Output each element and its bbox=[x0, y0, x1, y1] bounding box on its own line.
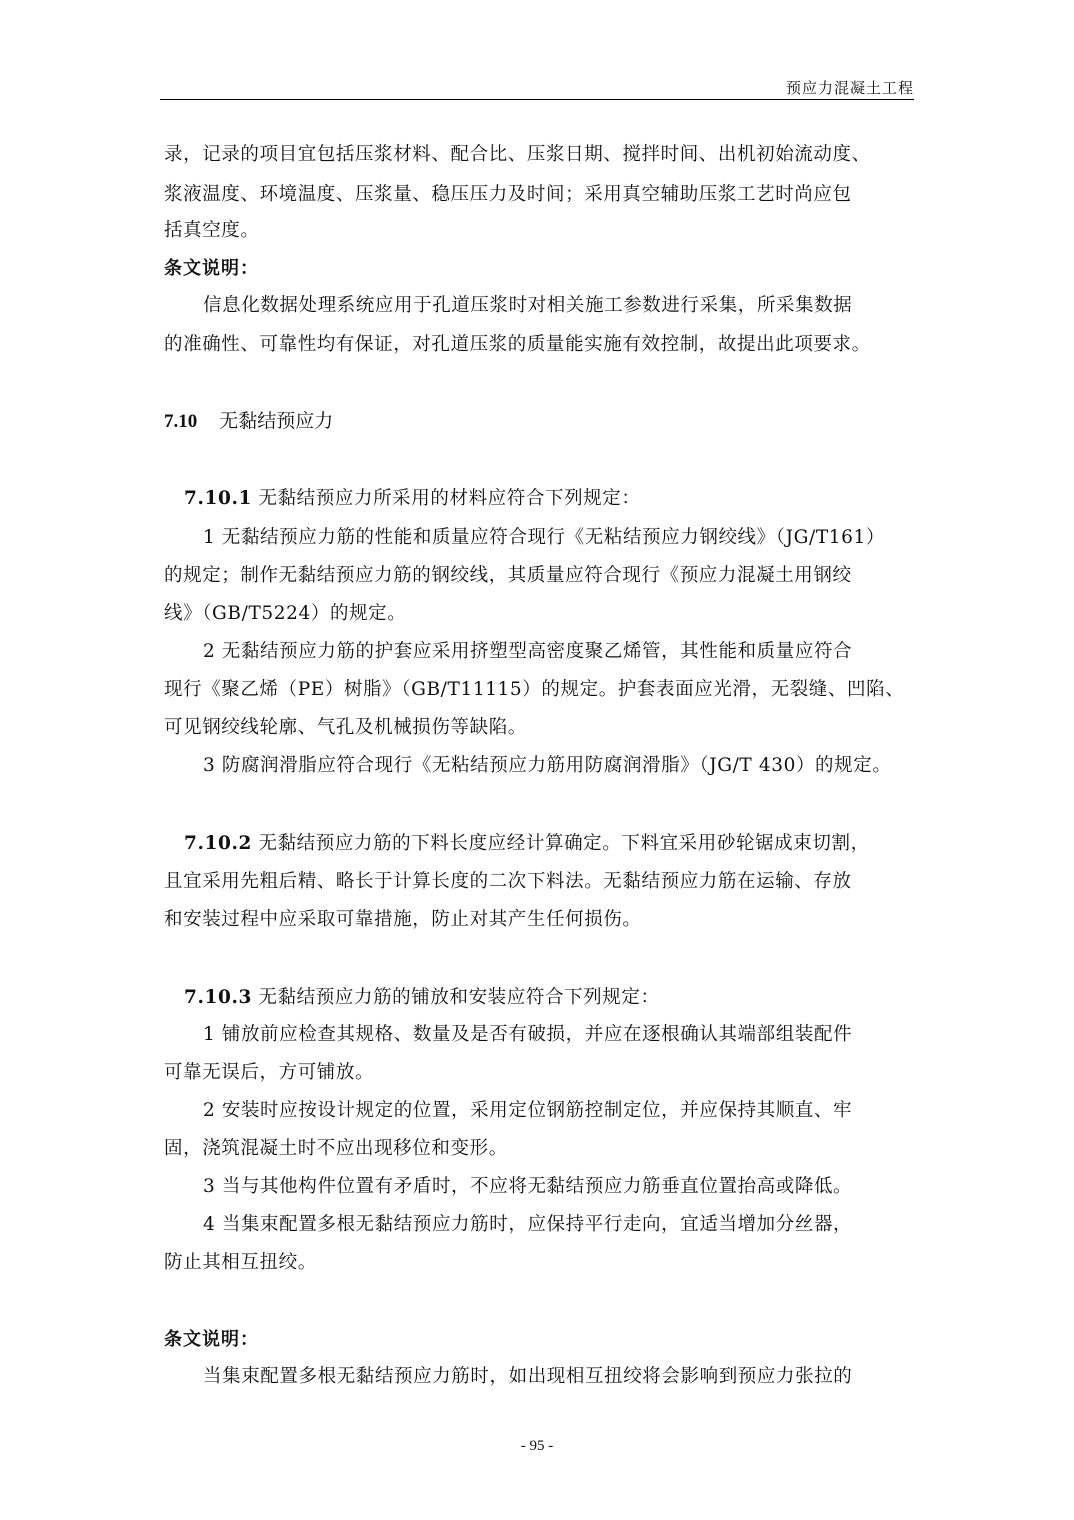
clause-line: 和安装过程中应采取可靠措施，防止对其产生任何损伤。 bbox=[164, 905, 642, 931]
paragraph-line: 录，记录的项目宜包括压浆材料、配合比、压浆日期、搅拌时间、出机初始流动度、 bbox=[164, 140, 871, 166]
clause-text: 无黏结预应力筋的下料长度应经计算确定。下料宜采用砂轮锯成束切割， bbox=[258, 833, 869, 854]
clause-number: 7.10.3 bbox=[184, 987, 252, 1008]
clause-explanation-heading: 条文说明： bbox=[164, 1325, 259, 1351]
clause-text: 无黏结预应力所采用的材料应符合下列规定： bbox=[258, 488, 640, 509]
section-number: 7.10 bbox=[164, 411, 197, 432]
explanation-line: 的准确性、可靠性均有保证，对孔道压浆的质量能实施有效控制，故提出此项要求。 bbox=[164, 330, 871, 356]
section-heading: 7.10无黏结预应力 bbox=[164, 406, 333, 433]
item-line: 固，浇筑混凝土时不应出现移位和变形。 bbox=[164, 1134, 508, 1160]
clause-explanation-heading: 条文说明： bbox=[164, 254, 259, 280]
item-line: 线》（GB/T5224）的规定。 bbox=[164, 599, 406, 625]
header-divider bbox=[160, 99, 914, 100]
explanation-line: 当集束配置多根无黏结预应力筋时，如出现相互扭绞将会影响到预应力张拉的 bbox=[203, 1362, 852, 1388]
item-line: 现行《聚乙烯（PE）树脂》（GB/T11115）的规定。护套表面应光滑，无裂缝、… bbox=[164, 675, 904, 701]
explanation-line: 信息化数据处理系统应用于孔道压浆时对相关施工参数进行采集，所采集数据 bbox=[203, 291, 852, 317]
item-line: 的规定；制作无黏结预应力筋的钢绞线，其质量应符合现行《预应力混凝土用钢绞 bbox=[164, 561, 852, 587]
item-line: 可靠无误后，方可铺放。 bbox=[164, 1058, 374, 1084]
item-line: 3 当与其他构件位置有矛盾时，不应将无黏结预应力筋垂直位置抬高或降低。 bbox=[203, 1172, 852, 1198]
item-line: 2 安装时应按设计规定的位置，采用定位钢筋控制定位，并应保持其顺直、牢 bbox=[203, 1096, 852, 1122]
item-line: 1 铺放前应检查其规格、数量及是否有破损，并应在逐根确认其端部组装配件 bbox=[203, 1020, 852, 1046]
section-title: 无黏结预应力 bbox=[219, 410, 333, 432]
item-line: 可见钢绞线轮廓、气孔及机械损伤等缺陷。 bbox=[164, 713, 527, 739]
clause-7-10-3: 7.10.3 无黏结预应力筋的铺放和安装应符合下列规定： bbox=[184, 983, 660, 1009]
item-line: 4 当集束配置多根无黏结预应力筋时，应保持平行走向，宜适当增加分丝器， bbox=[203, 1210, 852, 1236]
clause-line: 且宜采用先粗后精、略长于计算长度的二次下料法。无黏结预应力筋在运输、存放 bbox=[164, 867, 852, 893]
item-line: 防止其相互扭绞。 bbox=[164, 1248, 317, 1274]
item-line: 1 无黏结预应力筋的性能和质量应符合现行《无粘结预应力钢绞线》（JG/T161） bbox=[203, 523, 885, 549]
header-title: 预应力混凝土工程 bbox=[786, 77, 914, 98]
clause-number: 7.10.2 bbox=[184, 833, 252, 854]
clause-7-10-1: 7.10.1 无黏结预应力所采用的材料应符合下列规定： bbox=[184, 484, 640, 510]
clause-7-10-2: 7.10.2 无黏结预应力筋的下料长度应经计算确定。下料宜采用砂轮锯成束切割， bbox=[184, 829, 870, 855]
paragraph-line: 括真空度。 bbox=[164, 216, 260, 242]
page-number: - 95 - bbox=[0, 1438, 1074, 1455]
clause-text: 无黏结预应力筋的铺放和安装应符合下列规定： bbox=[258, 987, 659, 1008]
paragraph-line: 浆液温度、环境温度、压浆量、稳压压力及时间；采用真空辅助压浆工艺时尚应包 bbox=[164, 180, 852, 206]
clause-number: 7.10.1 bbox=[184, 488, 252, 509]
item-line: 2 无黏结预应力筋的护套应采用挤塑型高密度聚乙烯管，其性能和质量应符合 bbox=[203, 637, 852, 663]
item-line: 3 防腐润滑脂应符合现行《无粘结预应力筋用防腐润滑脂》（JG/T 430）的规定… bbox=[203, 751, 891, 777]
